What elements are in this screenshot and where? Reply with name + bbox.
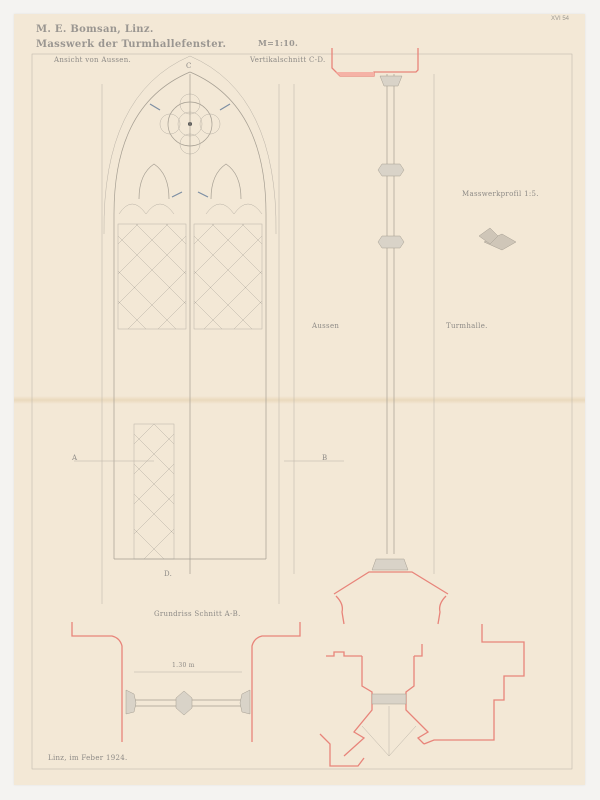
marker-b: B xyxy=(322,454,327,462)
marker-a: A xyxy=(72,454,77,462)
author-heading: M. E. Bomsan, Linz. xyxy=(36,24,154,35)
drawing-sheet: XVI 54 M. E. Bomsan, Linz. Masswerk der … xyxy=(14,14,585,785)
plan-section-ab xyxy=(72,622,300,742)
date-line: Linz, im Feber 1924. xyxy=(48,754,128,762)
sheet-number: XVI 54 xyxy=(551,16,569,22)
inside-label: Turmhalle. xyxy=(446,322,488,330)
window-elevation xyxy=(74,56,344,604)
outside-label: Aussen xyxy=(312,322,339,330)
drawing-title: Masswerk der Turmhallefenster. xyxy=(36,39,226,50)
marker-d: D. xyxy=(164,570,172,578)
architectural-drawing xyxy=(14,14,585,785)
tracery-profile xyxy=(479,228,516,250)
marker-c: C xyxy=(186,62,192,70)
plan-label: Grundriss Schnitt A-B. xyxy=(154,610,241,618)
scale-label: M=1:10. xyxy=(258,38,298,48)
frame-line xyxy=(32,54,572,769)
profile-label: Masswerkprofil 1:5. xyxy=(462,190,539,198)
vertical-section xyxy=(294,48,448,624)
section-label: Vertikalschnitt C-D. xyxy=(250,56,326,64)
elevation-label: Ansicht von Aussen. xyxy=(54,56,131,64)
plan-width-dimension: 1.30 m xyxy=(172,662,195,669)
tower-plan xyxy=(320,624,524,766)
